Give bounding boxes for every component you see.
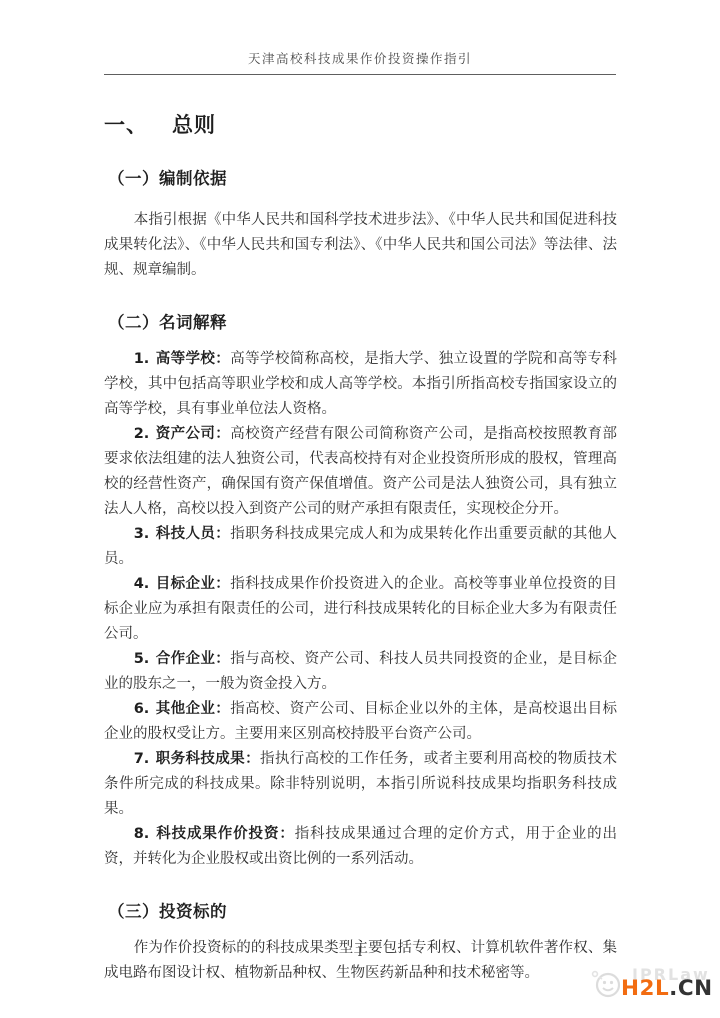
definition-item: 3.科技人员：指职务科技成果完成人和为成果转化作出重要贡献的其他人员。	[104, 522, 617, 572]
section-heading-1: 一、总则	[104, 109, 617, 139]
running-header: 天津高校科技成果作价投资操作指引	[104, 48, 616, 75]
definition-item: 6.其他企业：指高校、资产公司、目标企业以外的主体，是高校退出目标企业的股权受让…	[104, 697, 617, 747]
item-term: 科技人员：	[155, 526, 230, 542]
document-page: { "page": { "header_title": "天津高校科技成果作价投…	[0, 0, 720, 1018]
item-number: 7.	[134, 751, 150, 767]
definition-item: 8.科技成果作价投资：指科技成果通过合理的定价方式，用于企业的出资，并转化为企业…	[104, 822, 617, 872]
item-term: 职务科技成果：	[155, 751, 260, 767]
page-number: I	[0, 945, 720, 960]
subsection-heading-basis: （一）编制依据	[104, 165, 617, 189]
item-term: 科技成果作价投资：	[155, 826, 294, 842]
item-term: 合作企业：	[155, 651, 230, 667]
item-term: 目标企业：	[155, 576, 230, 592]
paragraph-target: 作为作价投资标的的科技成果类型主要包括专利权、计算机软件著作权、集成电路布图设计…	[104, 936, 617, 986]
paragraph-basis: 本指引根据《中华人民共和国科学技术进步法》、《中华人民共和国促进科技成果转化法》…	[104, 208, 617, 283]
item-number: 6.	[134, 701, 150, 717]
site-watermark: IPRLaw H2L.CN	[590, 965, 718, 1007]
item-number: 8.	[134, 826, 150, 842]
subsection-heading-target: （三）投资标的	[104, 898, 617, 922]
item-number: 4.	[134, 576, 150, 592]
subsection-heading-definitions: （二）名词解释	[104, 309, 617, 333]
item-number: 5.	[134, 651, 150, 667]
document-scan-page: 天津高校科技成果作价投资操作指引 一、总则 （一）编制依据 本指引根据《中华人民…	[0, 0, 720, 1018]
definition-item: 5.合作企业：指与高校、资产公司、科技人员共同投资的企业，是目标企业的股东之一，…	[104, 647, 617, 697]
watermark-brand: H2L.CN	[621, 976, 713, 1001]
definition-item: 1.高等学校：高等学校简称高校，是指大学、独立设置的学院和高等专科学校，其中包括…	[104, 347, 617, 422]
watermark-brand-suffix: .CN	[669, 976, 712, 1001]
item-number: 3.	[134, 526, 150, 542]
definition-list: 1.高等学校：高等学校简称高校，是指大学、独立设置的学院和高等专科学校，其中包括…	[104, 347, 617, 872]
section-title: 总则	[172, 113, 216, 137]
smiley-face-icon	[590, 966, 624, 1000]
definition-item: 7.职务科技成果：指执行高校的工作任务，或者主要利用高校的物质技术条件所完成的科…	[104, 747, 617, 822]
definition-item: 2.资产公司：高校资产经营有限公司简称资产公司，是指高校按照教育部要求依法组建的…	[104, 422, 617, 522]
item-number: 2.	[134, 426, 150, 442]
running-header-title: 天津高校科技成果作价投资操作指引	[248, 51, 472, 66]
document-body: 一、总则 （一）编制依据 本指引根据《中华人民共和国科学技术进步法》、《中华人民…	[104, 109, 617, 986]
item-term: 高等学校：	[155, 351, 230, 367]
watermark-brand-name: H2L	[621, 976, 669, 1001]
definition-item: 4.目标企业：指科技成果作价投资进入的企业。高校等事业单位投资的目标企业应为承担…	[104, 572, 617, 647]
section-number: 一、	[104, 113, 148, 137]
item-term: 其他企业：	[155, 701, 230, 717]
item-term: 资产公司：	[155, 426, 230, 442]
item-number: 1.	[134, 351, 150, 367]
